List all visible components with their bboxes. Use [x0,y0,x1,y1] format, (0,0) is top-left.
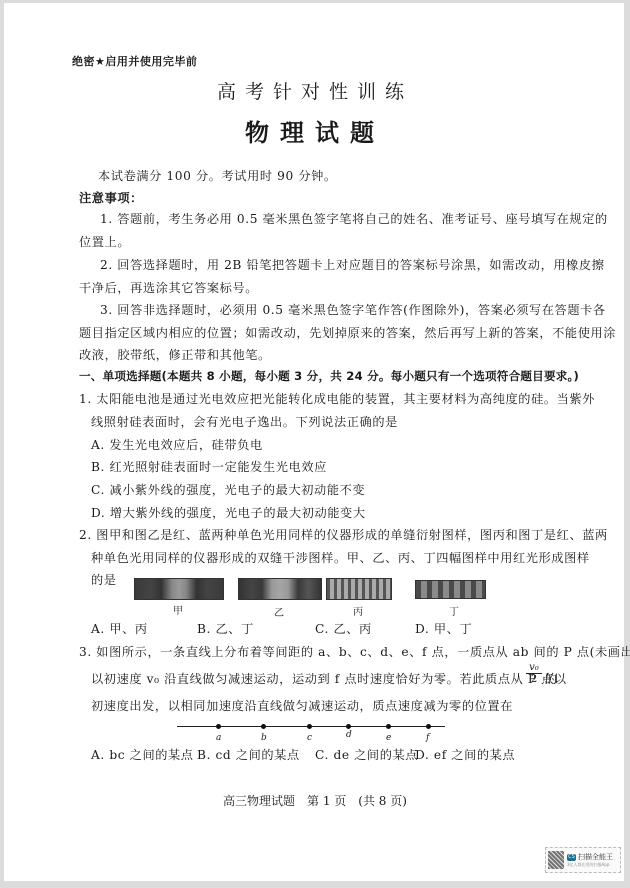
q3-stem-line1: 3. 如图所示，一条直线上分布着等间距的 a、b、c、d、e、f 点，一质点从 … [79,643,630,660]
point-label-d: d [346,730,352,740]
q2-option-a: A. 甲、丙 [91,620,148,637]
note-2-line2: 干净后，再选涂其它答案标号。 [79,279,258,296]
q3-option-b: B. cd 之间的某点 [197,746,300,763]
exam-title: 高考针对性训练 [0,77,630,104]
q2-option-d: D. 甲、丁 [415,620,472,637]
camscanner-logo-icon: CS [567,854,576,861]
section-heading: 一、单项选择题(本题共 8 小题，每小题 3 分，共 24 分。每小题只有一个选… [79,368,579,384]
watermark-name: 扫描全能王 [578,852,613,862]
score-time-text: 本试卷满分 100 分。考试用时 90 分钟。 [98,167,337,184]
point-f [426,724,431,729]
q2-stem-line2: 种单色光用同样的仪器形成的双缝干涉图样。甲、乙、丙、丁四幅图样中用红光形成图样 [91,549,590,566]
q1-option-b: B. 红光照射硅表面时一定能发生光电效应 [91,458,327,475]
point-e [386,724,391,729]
point-d [346,724,351,729]
point-label-a: a [216,733,221,743]
confidential-label: 绝密★启用并使用完毕前 [72,53,197,69]
q2-option-c: C. 乙、丙 [315,620,372,637]
diffraction-pattern-yi [238,578,322,600]
fraction-v0-over-2: v₀ 2 [526,662,542,685]
watermark-text-group: CS 扫描全能王 3亿人都在用的扫描App [567,852,613,868]
note-3-line3: 改液，胶带纸，修正带和其他笔。 [79,346,271,363]
diffraction-pattern-jia [134,578,224,600]
exam-subject-title: 物理试题 [0,113,630,148]
figure-label-yi: 乙 [269,604,289,619]
q2-stem-line3: 的是 [91,571,117,588]
q1-option-a: A. 发生光电效应后，硅带负电 [91,436,263,453]
interference-pattern-ding [415,580,486,599]
point-b [261,724,266,729]
page-footer: 高三物理试题 第 1 页 (共 8 页) [0,792,630,809]
note-2-line1: 2. 回答选择题时，用 2B 铅笔把答题卡上对应题目的答案标号涂黑，如需改动，用… [100,256,605,273]
watermark-brand-row: CS 扫描全能王 [567,852,613,862]
q1-option-c: C. 减小紫外线的强度，光电子的最大初动能不变 [91,481,365,498]
fraction-numerator: v₀ [526,662,542,674]
q3-option-c: C. de 之间的某点 [315,746,418,763]
point-a [216,724,221,729]
q2-option-b: B. 乙、丁 [197,620,254,637]
note-3-line1: 3. 回答非选择题时，必须用 0.5 毫米黑色签字笔作答(作图除外)，答案必须写… [100,301,606,318]
q1-option-d: D. 增大紫外线的强度，光电子的最大初动能变大 [91,504,366,521]
notes-heading: 注意事项： [79,189,143,206]
point-c [307,724,312,729]
figure-label-ding: 丁 [444,603,464,618]
qr-code-icon [548,851,564,869]
q3-stem-line2-end: 的 [545,670,558,687]
figure-label-jia: 甲 [168,602,188,617]
note-1-line1: 1. 答题前，考生务必用 0.5 毫米黑色签字笔将自己的姓名、准考证号、座号填写… [100,210,608,227]
q3-stem-line3: 初速度出发，以相同加速度沿直线做匀减速运动，质点速度减为零的位置在 [91,697,513,714]
note-1-line2: 位置上。 [79,233,130,250]
figure-label-bing: 丙 [348,603,368,618]
scanner-watermark: CS 扫描全能王 3亿人都在用的扫描App [545,847,621,873]
watermark-subtitle: 3亿人都在用的扫描App [567,862,613,868]
q2-stem-line1: 2. 图甲和图乙是红、蓝两种单色光用同样的仪器形成的单缝衍射图样，图丙和图丁是红… [79,526,608,543]
point-label-c: c [307,733,312,743]
point-label-e: e [386,733,391,743]
interference-pattern-bing [326,578,392,600]
q3-option-d: D. ef 之间的某点 [415,746,515,763]
point-label-b: b [261,733,267,743]
fraction-denominator: 2 [526,674,542,685]
q3-stem-line2: 以初速度 v₀ 沿直线做匀减速运动，运动到 f 点时速度恰好为零。若此质点从 P… [91,670,567,687]
point-label-f: f [426,733,429,743]
q1-stem-line2: 线照射硅表面时，会有光电子逸出。下列说法正确的是 [91,413,398,430]
q3-option-a: A. bc 之间的某点 [91,746,194,763]
q1-stem-line1: 1. 太阳能电池是通过光电效应把光能转化成电能的装置，其主要材料为高纯度的硅。当… [79,390,595,407]
note-3-line2: 题目指定区域内相应的位置；如需改动，先划掉原来的答案，然后再写上新的答案，不能使… [79,324,616,341]
